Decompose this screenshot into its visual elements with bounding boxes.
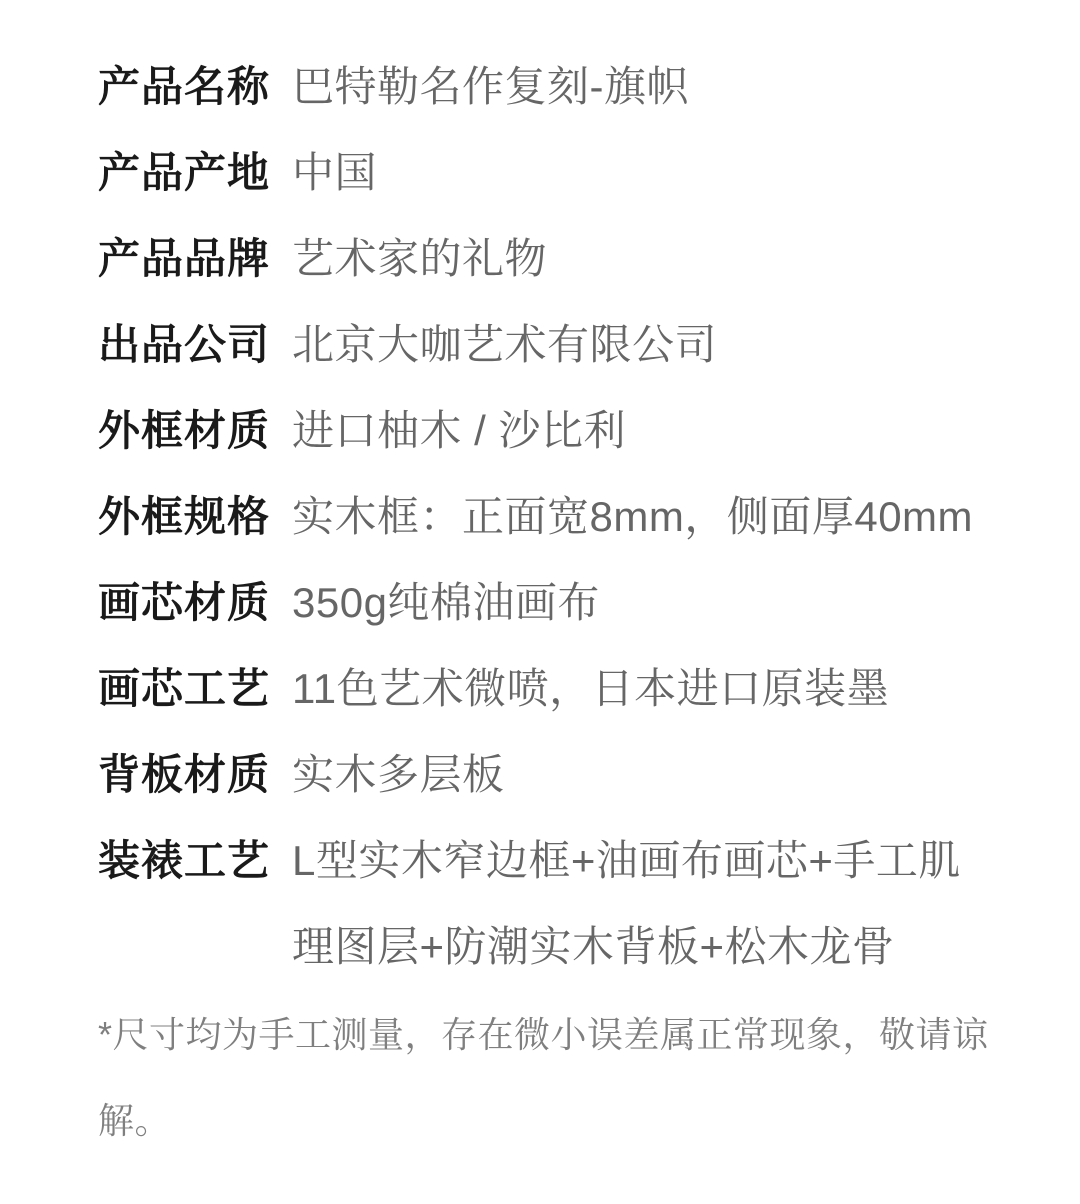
spec-label: 产品名称 (98, 44, 270, 130)
spec-value: 北京大咖艺术有限公司 (292, 302, 996, 388)
spec-label: 外框规格 (98, 474, 270, 560)
spec-label: 画芯材质 (98, 560, 270, 646)
spec-row-frame-material: 外框材质 进口柚木 / 沙比利 (98, 388, 996, 474)
spec-row-canvas-craft: 画芯工艺 11色艺术微喷，日本进口原装墨 (98, 646, 996, 732)
spec-row-canvas-material: 画芯材质 350g纯棉油画布 (98, 560, 996, 646)
measurement-disclaimer: *尺寸均为手工测量，存在微小误差属正常现象，敬请谅解。 (98, 992, 996, 1164)
spec-row-company: 出品公司 北京大咖艺术有限公司 (98, 302, 996, 388)
spec-value: 进口柚木 / 沙比利 (292, 388, 996, 474)
spec-value: L型实木窄边框+油画布画芯+手工肌理图层+防潮实木背板+松木龙骨 (292, 818, 996, 990)
spec-value: 11色艺术微喷，日本进口原装墨 (292, 646, 996, 732)
spec-row-frame-spec: 外框规格 实木框：正面宽8mm，侧面厚40mm (98, 474, 996, 560)
spec-value: 实木框：正面宽8mm，侧面厚40mm (292, 474, 996, 560)
spec-label: 画芯工艺 (98, 646, 270, 732)
spec-label: 出品公司 (98, 302, 270, 388)
spec-label: 产品产地 (98, 130, 270, 216)
spec-row-origin: 产品产地 中国 (98, 130, 996, 216)
spec-row-mounting-craft: 装裱工艺 L型实木窄边框+油画布画芯+手工肌理图层+防潮实木背板+松木龙骨 (98, 818, 996, 990)
spec-label: 装裱工艺 (98, 818, 270, 904)
spec-value: 实木多层板 (292, 732, 996, 818)
spec-row-product-name: 产品名称 巴特勒名作复刻-旗帜 (98, 44, 996, 130)
product-spec-sheet: 产品名称 巴特勒名作复刻-旗帜 产品产地 中国 产品品牌 艺术家的礼物 出品公司… (0, 0, 1080, 1204)
spec-value: 艺术家的礼物 (292, 216, 996, 302)
spec-label: 背板材质 (98, 732, 270, 818)
spec-value: 中国 (292, 130, 996, 216)
spec-value: 巴特勒名作复刻-旗帜 (292, 44, 996, 130)
spec-row-backboard-material: 背板材质 实木多层板 (98, 732, 996, 818)
spec-row-brand: 产品品牌 艺术家的礼物 (98, 216, 996, 302)
spec-value: 350g纯棉油画布 (292, 560, 996, 646)
spec-label: 外框材质 (98, 388, 270, 474)
spec-label: 产品品牌 (98, 216, 270, 302)
